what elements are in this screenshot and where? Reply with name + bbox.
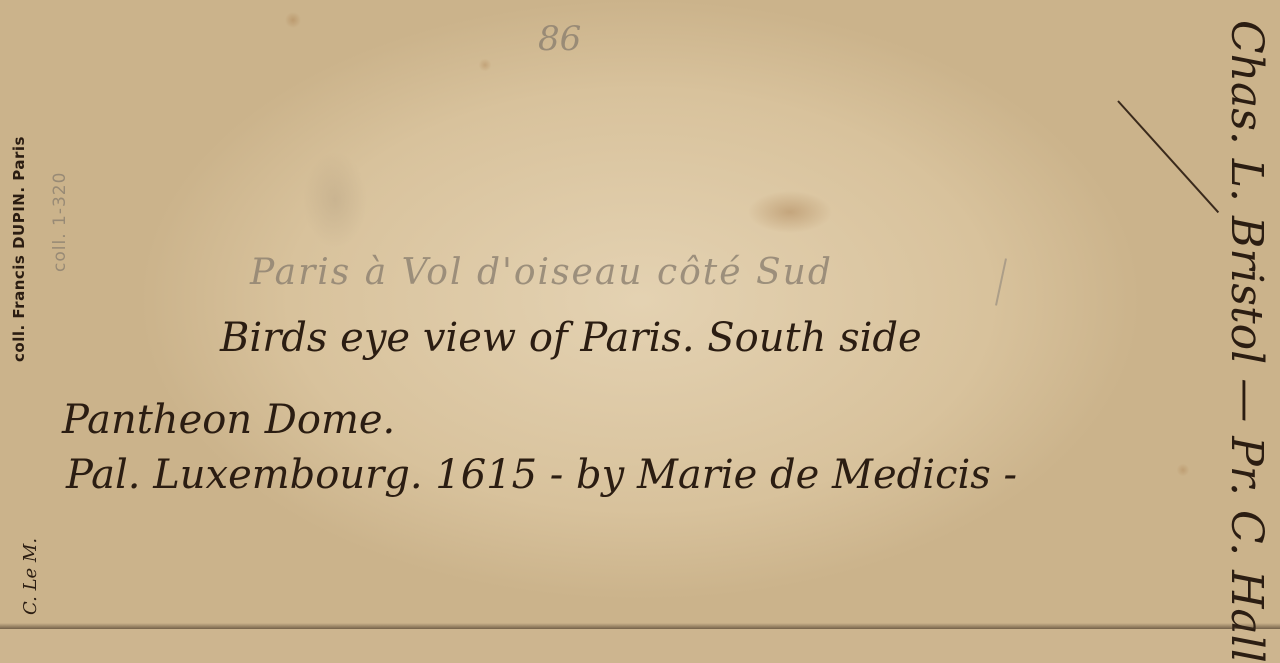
stereoview-card-back: 86 coll. Francis DUPIN. Paris coll. 1-32… [0, 0, 1280, 629]
signature-flourish [1117, 100, 1219, 213]
collection-note: coll. Francis DUPIN. Paris [12, 136, 27, 362]
catalog-number: 86 [538, 22, 581, 56]
signature-vertical: Chas. L. Bristol — Pr. C. Hall [1224, 20, 1268, 629]
collection-number: coll. 1-320 [52, 172, 69, 272]
ink-title-english: Birds eye view of Paris. South side [220, 318, 922, 358]
pantheon-line: Pantheon Dome. [62, 400, 395, 440]
pencil-title-french: Paris à Vol d'oiseau côté Sud [250, 255, 833, 291]
initials-note: C. Le M. [22, 538, 40, 615]
pencil-stroke [995, 258, 1007, 305]
luxembourg-line: Pal. Luxembourg. 1615 - by Marie de Medi… [66, 455, 1017, 495]
